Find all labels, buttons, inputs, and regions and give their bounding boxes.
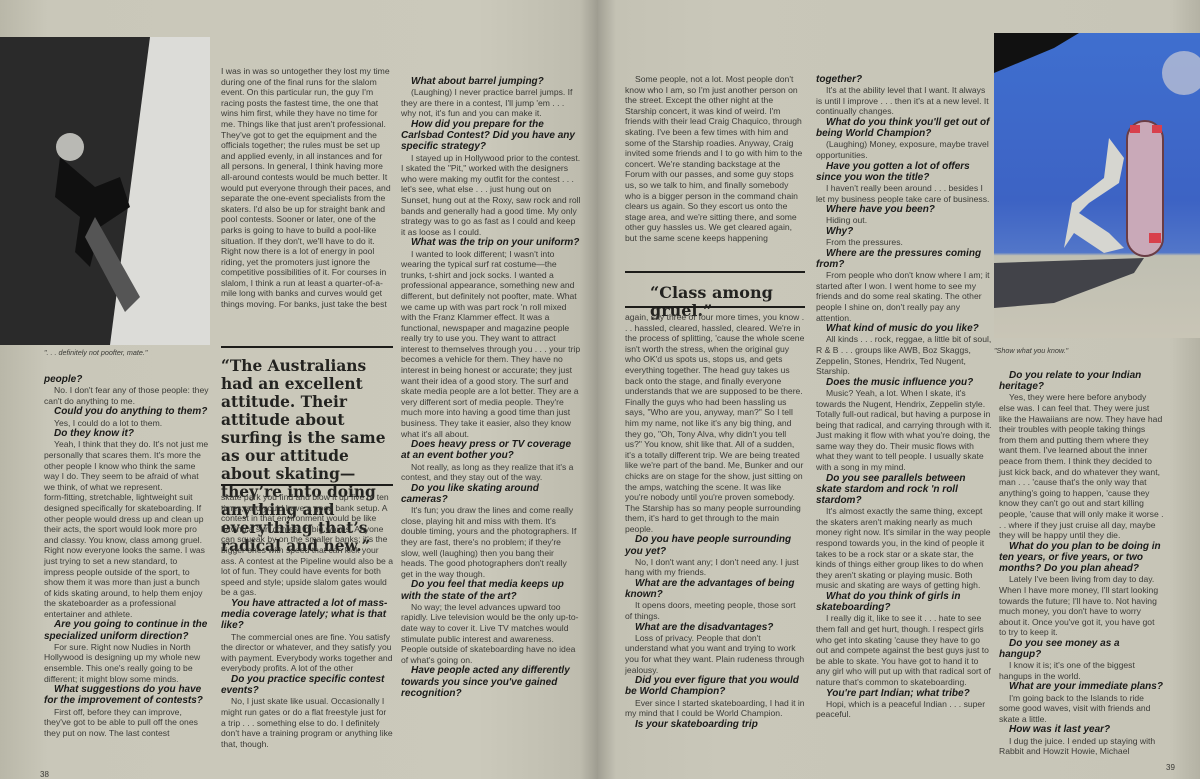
interview-question: Did you ever figure that you would be Wo…: [625, 675, 805, 697]
interview-answer: All kinds . . . rock, reggae, a little b…: [816, 334, 992, 376]
photo-caption: ". . . definitely not poofter, mate.": [44, 348, 147, 357]
interview-answer: Some people, not a lot. Most people don'…: [625, 74, 805, 244]
interview-question: What are the disadvantages?: [625, 622, 805, 633]
page-number: 38: [40, 770, 49, 779]
interview-question: Where have you been?: [816, 204, 992, 215]
interview-question: Do they know it?: [44, 428, 209, 439]
interview-question: What suggestions do you have for the imp…: [44, 684, 209, 706]
interview-answer: I was in was so untogether they lost my …: [221, 66, 393, 310]
interview-question: How did you prepare for the Carlsbad Con…: [401, 119, 581, 153]
interview-answer: Loss of privacy. People that don't under…: [625, 633, 805, 675]
interview-question: How was it last year?: [999, 724, 1164, 735]
interview-question: What do you think of girls in skateboard…: [816, 591, 992, 613]
interview-answer: I know it is; it's one of the biggest ha…: [999, 660, 1164, 681]
interview-question: Does heavy press or TV coverage at an ev…: [401, 439, 581, 461]
interview-question: Does the music influence you?: [816, 377, 992, 388]
interview-answer: No way; the level advances upward too ra…: [401, 602, 581, 666]
divider-rule: [625, 271, 805, 273]
photo-caption: "Show what you know.": [994, 346, 1068, 355]
interview-answer: I dug the juice. I ended up staying with…: [999, 736, 1164, 757]
divider-rule: [625, 306, 805, 308]
interview-answer: From the pressures.: [816, 237, 992, 248]
right-column-1-top: Some people, not a lot. Most people don'…: [625, 74, 805, 244]
interview-answer: Hopi, which is a peaceful Indian . . . s…: [816, 699, 992, 720]
interview-answer: I haven't really been around . . . besid…: [816, 183, 992, 204]
interview-answer: I really dig it, like to see it . . . ha…: [816, 613, 992, 687]
interview-answer: From people who don't know where I am; i…: [816, 270, 992, 323]
right-column-2: together?It's at the ability level that …: [816, 74, 992, 720]
interview-question: Are you going to continue in the special…: [44, 619, 209, 641]
divider-rule: [221, 484, 393, 486]
interview-answer: I wanted to look different; I wasn't int…: [401, 249, 581, 440]
interview-question: Do you see parallels between skate stard…: [816, 473, 992, 507]
right-page: Some people, not a lot. Most people don'…: [598, 0, 1200, 779]
skater-photo-color: [994, 33, 1200, 338]
interview-answer: It's at the ability level that I want. I…: [816, 85, 992, 117]
interview-question: You have attracted a lot of mass-media c…: [221, 598, 393, 632]
interview-question: Do you practice specific contest events?: [221, 674, 393, 696]
interview-question: Could you do anything to them?: [44, 406, 209, 417]
interview-question: together?: [816, 74, 992, 85]
interview-question: Have people acted any differently toward…: [401, 665, 581, 699]
left-column-1: people?No. I don't fear any of those peo…: [44, 374, 209, 738]
skater-silhouette-icon: [0, 37, 210, 345]
interview-question: people?: [44, 374, 209, 385]
interview-question: Do you have people surrounding you yet?: [625, 534, 805, 556]
left-column-3: What about barrel jumping?(Laughing) I n…: [401, 76, 581, 699]
interview-answer: Music? Yeah, a lot. When I skate, it's t…: [816, 388, 992, 473]
interview-answer: (Laughing) I never practice barrel jumps…: [401, 87, 581, 119]
interview-answer: Hiding out.: [816, 215, 992, 226]
interview-answer: I'm going back to the Islands to ride so…: [999, 693, 1164, 725]
interview-answer: First off, before they can improve, they…: [44, 707, 209, 739]
left-column-2-bottom: skate park you find and blow it up five …: [221, 492, 393, 749]
interview-answer: The commercial ones are fine. You satisf…: [221, 632, 393, 674]
page-number: 39: [1166, 763, 1175, 772]
interview-question: What do you think you'll get out of bein…: [816, 117, 992, 139]
interview-answer: No, I just skate like usual. Occasionall…: [221, 696, 393, 749]
interview-answer: No. I don't fear any of those people: th…: [44, 385, 209, 406]
interview-question: Where are the pressures coming from?: [816, 248, 992, 270]
interview-answer: skate park you find and blow it up five …: [221, 492, 393, 598]
interview-question: Do you feel that media keeps up with the…: [401, 579, 581, 601]
interview-question: Do you relate to your Indian heritage?: [999, 370, 1164, 392]
interview-answer: Lately I've been living from day to day.…: [999, 574, 1164, 638]
interview-question: What are the advantages of being known?: [625, 578, 805, 600]
interview-question: What do you plan to be doing in ten year…: [999, 541, 1164, 575]
interview-answer: For sure. Right now Nudies in North Holl…: [44, 642, 209, 684]
right-column-3: Do you relate to your Indian heritage?Ye…: [999, 370, 1164, 757]
interview-question: What about barrel jumping?: [401, 76, 581, 87]
interview-answer: Ever since I started skateboarding, I ha…: [625, 698, 805, 719]
interview-question: Is your skateboarding trip: [625, 719, 805, 730]
divider-rule: [221, 346, 393, 348]
interview-question: What are your immediate plans?: [999, 681, 1164, 692]
interview-answer: It opens doors, meeting people, those so…: [625, 600, 805, 621]
skater-board-icon: [994, 33, 1200, 338]
interview-answer: Yeah, I think that they do. It's not jus…: [44, 439, 209, 492]
interview-question: Have you gotten a lot of offers since yo…: [816, 161, 992, 183]
interview-question: What kind of music do you like?: [816, 323, 992, 334]
interview-question: Do you like skating around cameras?: [401, 483, 581, 505]
right-column-1-bottom: again, say three or four more times, you…: [625, 312, 805, 730]
interview-answer: I stayed up in Hollywood prior to the co…: [401, 153, 581, 238]
interview-question: You're part Indian; what tribe?: [816, 688, 992, 699]
interview-answer: Yes, they were here before anybody else …: [999, 392, 1164, 540]
interview-answer: again, say three or four more times, you…: [625, 312, 805, 534]
interview-question: Do you see money as a hangup?: [999, 638, 1164, 660]
interview-answer: (Laughing) Money, exposure, maybe travel…: [816, 139, 992, 160]
interview-answer: Yes, I could do a lot to them.: [44, 418, 209, 429]
left-page: ". . . definitely not poofter, mate." pe…: [0, 0, 598, 779]
interview-answer: Not really, as long as they realize that…: [401, 462, 581, 483]
interview-answer: form-fitting, stretchable, lightweight s…: [44, 492, 209, 619]
interview-question: Why?: [816, 226, 992, 237]
left-column-2-top: I was in was so untogether they lost my …: [221, 66, 393, 310]
interview-answer: It's fun; you draw the lines and come re…: [401, 505, 581, 579]
interview-answer: It's almost exactly the same thing, exce…: [816, 506, 992, 591]
magazine-spread: ". . . definitely not poofter, mate." pe…: [0, 0, 1200, 779]
interview-question: What was the trip on your uniform?: [401, 237, 581, 248]
skater-photo-bw: [0, 37, 210, 345]
interview-answer: No, I don't want any; I don't need any. …: [625, 557, 805, 578]
